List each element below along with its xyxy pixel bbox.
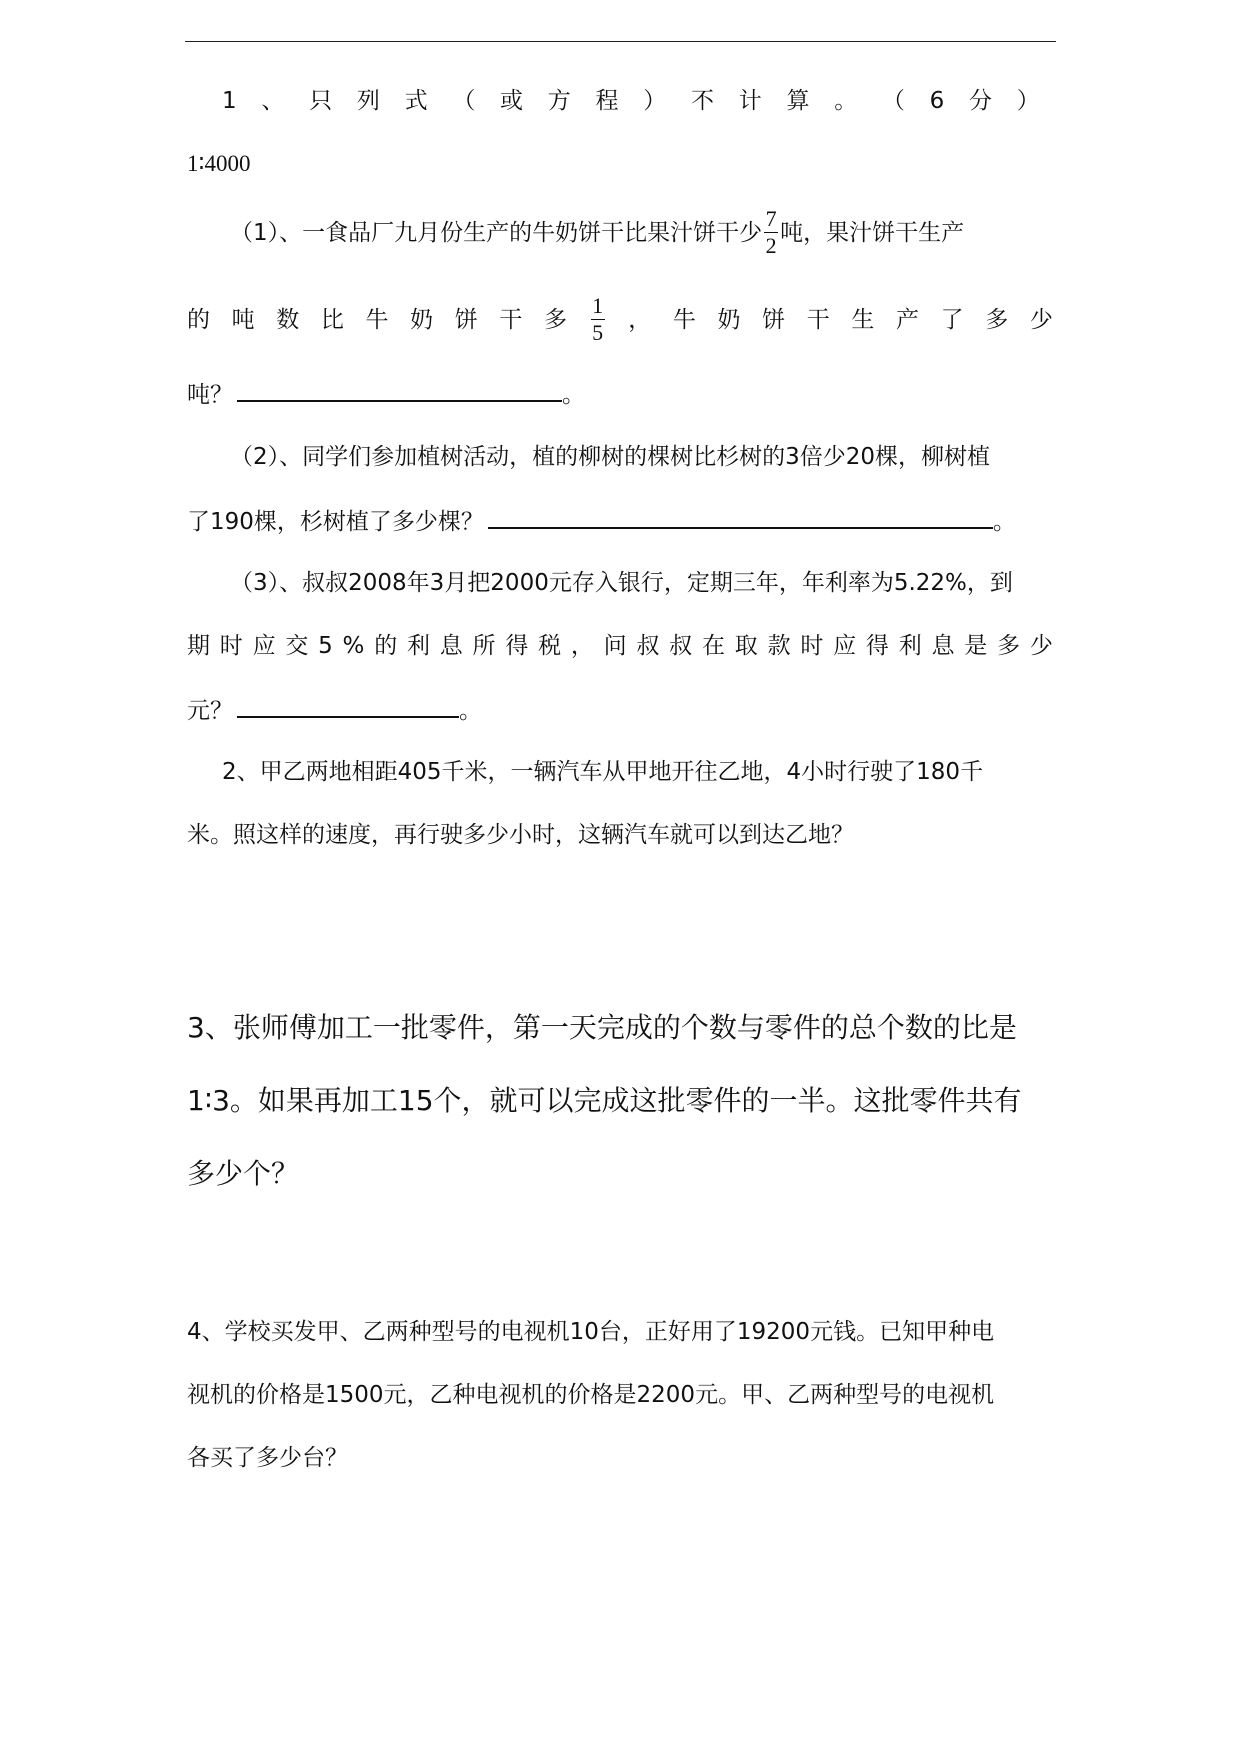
char: 只: [309, 86, 332, 116]
char: 计: [739, 86, 762, 116]
char: 所: [473, 631, 496, 661]
char: 多: [985, 305, 1008, 335]
char: 在: [702, 631, 725, 661]
q1-scale: 1∶4000: [187, 149, 1053, 179]
answer-blank-3[interactable]: [237, 694, 459, 718]
fraction-1-5: 1 5: [591, 295, 605, 344]
q3-line2: 1∶3。如果再加工15个，就可以完成这批零件的一半。这批零件共有: [187, 1083, 1053, 1119]
char: 1: [222, 86, 237, 116]
q1-sub1-line2: 的 吨 数 比 牛 奶 饼 干 多 1 5 ， 牛 奶 饼 干 生 产 了 多 …: [187, 295, 1053, 344]
q4-line1: 4、学校买发甲、乙两种型号的电视机10台，正好用了19200元钱。已知甲种电: [187, 1317, 1053, 1347]
char: 生: [851, 305, 874, 335]
char: 方: [548, 86, 571, 116]
text: 元？: [187, 698, 233, 724]
char: 列: [357, 86, 380, 116]
q4-line2: 视机的价格是1500元，乙种电视机的价格是2200元。甲、乙两种型号的电视机: [187, 1380, 1053, 1410]
char: 得: [505, 631, 528, 661]
char: 应: [833, 631, 856, 661]
char: 应: [253, 631, 276, 661]
char: 式: [405, 86, 428, 116]
char: 利: [407, 631, 430, 661]
q3-line3: 多少个？: [187, 1156, 1053, 1192]
answer-blank-1[interactable]: [237, 378, 562, 402]
char: 的: [374, 631, 397, 661]
char: 6: [930, 86, 945, 116]
char: （: [452, 86, 475, 116]
q1-sub1-line3: 吨？。: [187, 378, 1053, 410]
char: 牛: [366, 305, 389, 335]
char: 饼: [762, 305, 785, 335]
char: 取: [735, 631, 758, 661]
char: 牛: [673, 305, 696, 335]
numerator: 7: [766, 208, 777, 230]
q1-sub2-line2: 了190棵，杉树植了多少棵？。: [187, 505, 1053, 537]
char: 干: [499, 305, 522, 335]
q1-sub3-line3: 元？。: [187, 694, 1053, 726]
char: 利: [899, 631, 922, 661]
char: 5: [318, 631, 333, 661]
q1-sub3-line2: 期 时 应 交 5 % 的 利 息 所 得 税 ， 问 叔 叔 在 取 款 时 …: [187, 631, 1053, 661]
text: 吨？: [187, 382, 233, 408]
denominator: 2: [766, 235, 777, 257]
q1-sub3-line1: （3）、叔叔2008年3月把2000元存入银行，定期三年，年利率为5.22%，到: [230, 568, 1096, 598]
char: 产: [896, 305, 919, 335]
char: 息: [931, 631, 954, 661]
period: 。: [562, 382, 585, 408]
char: 奶: [718, 305, 741, 335]
q2-line1: 2、甲乙两地相距405千米，一辆汽车从甲地开往乙地，4小时行驶了180千: [222, 757, 1088, 787]
period: 。: [459, 698, 482, 724]
text: 吨，果汁饼干生产: [780, 218, 964, 248]
char: 时: [800, 631, 823, 661]
header-rule: [185, 41, 1056, 42]
char: 得: [866, 631, 889, 661]
char: 的: [187, 305, 210, 335]
text: 了190棵，杉树植了多少棵？: [187, 509, 484, 535]
char: 或: [500, 86, 523, 116]
char: 少: [1030, 305, 1053, 335]
char: 款: [768, 631, 791, 661]
char: 是: [964, 631, 987, 661]
char: 干: [807, 305, 830, 335]
denominator: 5: [592, 322, 603, 344]
q1-header: 1 、 只 列 式 （ 或 方 程 ） 不 计 算 。 （ 6 分 ）: [222, 86, 1040, 116]
numerator: 1: [592, 295, 603, 317]
char: 问: [604, 631, 627, 661]
char: 了: [941, 305, 964, 335]
char: 饼: [455, 305, 478, 335]
q2-line2: 米。照这样的速度，再行驶多少小时，这辆汽车就可以到达乙地？: [187, 820, 1053, 850]
q4-line3: 各买了多少台？: [187, 1443, 1053, 1473]
q1-sub1-line1: （1）、一食品厂九月份生产的牛奶饼干比果汁饼干少 7 2 吨，果汁饼干生产: [230, 208, 1096, 257]
char: 税: [538, 631, 561, 661]
char: 、: [261, 86, 284, 116]
char: 分: [969, 86, 992, 116]
char: ，: [628, 305, 651, 335]
char: 期: [187, 631, 210, 661]
period: 。: [993, 509, 1016, 535]
char: 多: [544, 305, 567, 335]
char: 不: [691, 86, 714, 116]
char: ，: [571, 631, 594, 661]
text: （1）、一食品厂九月份生产的牛奶饼干比果汁饼干少: [230, 218, 762, 248]
char: 少: [1030, 631, 1053, 661]
char: 吨: [232, 305, 255, 335]
q3-line1: 3、张师傅加工一批零件，第一天完成的个数与零件的总个数的比是: [187, 1010, 1053, 1046]
char: ）: [1017, 86, 1040, 116]
char: 多: [997, 631, 1020, 661]
char: 程: [596, 86, 619, 116]
char: 算: [786, 86, 809, 116]
char: 奶: [410, 305, 433, 335]
answer-blank-2[interactable]: [488, 505, 993, 529]
char: 数: [276, 305, 299, 335]
char: 时: [220, 631, 243, 661]
char: 交: [285, 631, 308, 661]
char: 息: [440, 631, 463, 661]
char: 比: [321, 305, 344, 335]
char: %: [343, 631, 365, 661]
char: ）: [643, 86, 666, 116]
char: 叔: [669, 631, 692, 661]
q1-sub2-line1: （2）、同学们参加植树活动，植的柳树的棵树比杉树的3倍少20棵，柳树植: [230, 442, 1096, 472]
char: 。: [834, 86, 857, 116]
char: 叔: [636, 631, 659, 661]
fraction-7-2: 7 2: [764, 208, 778, 257]
char: （: [882, 86, 905, 116]
